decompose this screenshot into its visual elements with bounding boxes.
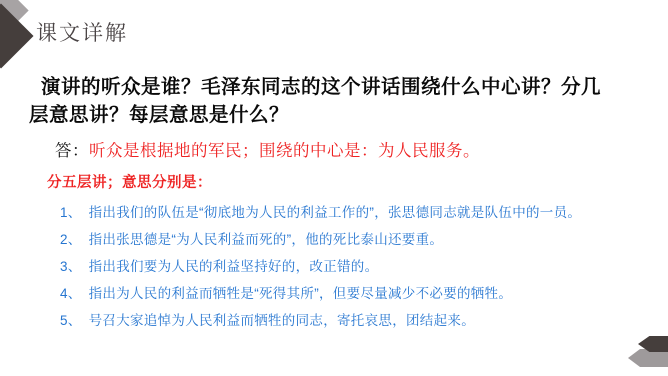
list-item: 5、号召大家追悼为人民利益而牺牲的同志，寄托哀思，团结起来。 xyxy=(60,307,650,334)
slide-canvas: 课文详解 演讲的听众是谁？毛泽东同志的这个讲话围绕什么中心讲？分几 层意思讲？每… xyxy=(0,0,668,376)
point-number: 4、 xyxy=(60,286,82,301)
list-item: 4、指出为人民的利益而牺牲是“死得其所”，但要尽量减少不必要的牺牲。 xyxy=(60,280,650,307)
question-line-1: 演讲的听众是谁？毛泽东同志的这个讲话围绕什么中心讲？分几 xyxy=(29,73,651,101)
point-number: 3、 xyxy=(60,259,82,274)
question-line-2: 层意思讲？每层意思是什么？ xyxy=(29,101,651,129)
point-text: 指出为人民的利益而牺牲是“死得其所”，但要尽量减少不必要的牺牲。 xyxy=(89,286,513,301)
points-list: 1、指出我们的队伍是“彻底地为人民的利益工作的”，张思德同志就是队伍中的一员。 … xyxy=(60,199,650,334)
answer-text: 听众是根据地的军民；围绕的中心是：为人民服务。 xyxy=(89,142,480,160)
answer-prefix: 答： xyxy=(55,142,89,160)
points-subtitle: 分五层讲；意思分别是： xyxy=(47,171,212,192)
list-item: 1、指出我们的队伍是“彻底地为人民的利益工作的”，张思德同志就是队伍中的一员。 xyxy=(60,199,650,226)
list-item: 2、指出张思德是“为人民利益而死的”，他的死比泰山还要重。 xyxy=(60,226,650,253)
answer-line: 答：听众是根据地的军民；围绕的中心是：为人民服务。 xyxy=(55,137,480,161)
point-number: 2、 xyxy=(60,232,82,247)
point-text: 指出我们要为人民的利益坚持好的，改正错的。 xyxy=(89,259,379,274)
list-item: 3、指出我们要为人民的利益坚持好的，改正错的。 xyxy=(60,253,650,280)
question-heading: 演讲的听众是谁？毛泽东同志的这个讲话围绕什么中心讲？分几 层意思讲？每层意思是什… xyxy=(29,73,651,129)
point-text: 号召大家追悼为人民利益而牺牲的同志，寄托哀思，团结起来。 xyxy=(89,313,475,328)
point-number: 5、 xyxy=(60,313,82,328)
point-number: 1、 xyxy=(60,205,82,220)
point-text: 指出张思德是“为人民利益而死的”，他的死比泰山还要重。 xyxy=(89,232,444,247)
slide-title: 课文详解 xyxy=(36,17,128,47)
point-text: 指出我们的队伍是“彻底地为人民的利益工作的”，张思德同志就是队伍中的一员。 xyxy=(89,205,582,220)
